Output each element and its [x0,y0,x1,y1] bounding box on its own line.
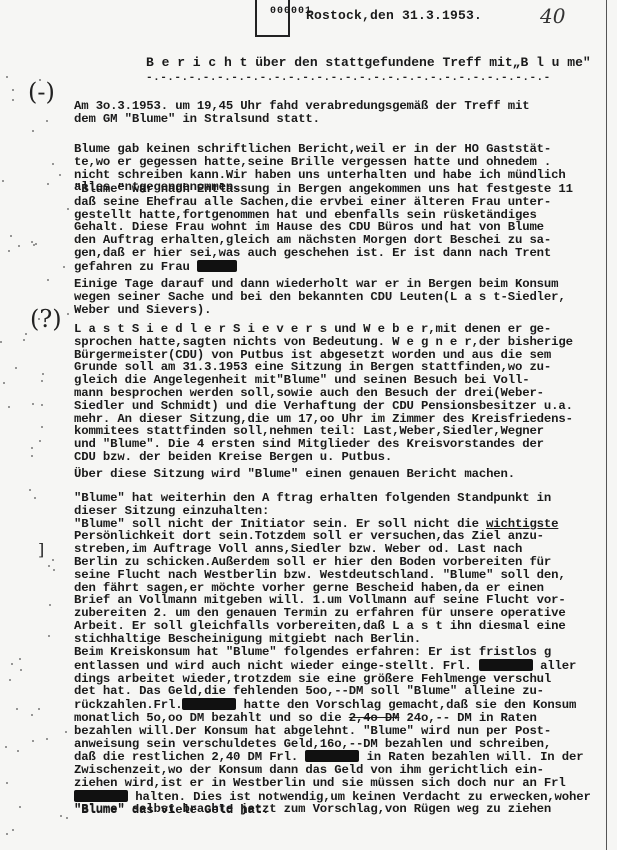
redaction-bar [182,698,236,710]
scan-speck [18,245,20,247]
scan-speck [52,559,54,561]
text-line: anweisung sein verschuldetes Geld,16o,--… [74,737,551,751]
paragraph-p7: "Blume" hat weiterhin den A ftrag erhalt… [74,492,604,646]
text-line: det hat. Das Geld,die fehlenden 5oo,--DM… [74,684,544,698]
scan-speck [32,740,34,742]
title-underline: -.-.-.-.-.-.-.-.-.-.-.-.-.-.-.-.-.-.-.-.… [146,72,551,84]
scan-speck [31,714,33,716]
scan-speck [8,406,10,408]
handwritten-page-number: 40 [540,4,565,28]
redaction-bar [74,790,128,802]
page-edge-line [606,0,607,850]
scan-speck [60,815,62,817]
scan-speck [42,373,44,375]
scan-speck [66,817,68,819]
place-date: Rostock,den 31.3.1953. [306,8,482,23]
scan-speck [12,829,14,831]
margin-mark-bracket: (-) [28,78,55,106]
text-line: ziehen wird,ist er in Westberlin und sie… [74,776,566,790]
scan-speck [3,382,5,384]
scan-speck [6,782,8,784]
scan-speck [41,380,43,382]
paragraph-p8: Beim Kreiskonsum hat "Blume" folgendes e… [74,646,604,816]
scan-speck [9,679,11,681]
scan-speck [0,341,2,343]
report-title: B e r i c h t über den stattgefundene Tr… [146,55,591,70]
scan-speck [2,180,4,182]
paragraph-p5: L a s t S i e d l e r S i e v e r s und … [74,323,604,464]
scan-speck [19,658,21,660]
scan-speck [5,746,7,748]
scan-speck [39,79,41,81]
paragraph-p1: Am 3o.3.1953. um 19,45 Uhr fahd verabred… [74,100,604,126]
scan-speck [10,235,12,237]
scan-speck [39,440,41,442]
scan-speck [31,447,33,449]
margin-mark-paren: (?) [30,305,62,333]
scan-speck [53,569,55,571]
paragraph-p4: Einige Tage darauf und dann wiederholt w… [74,278,604,316]
scan-speck [63,266,65,268]
scan-speck [52,163,54,165]
scan-speck [34,497,36,499]
scan-speck [32,403,34,405]
text-line: dem GM "Blume" in Stralsund statt. [74,112,320,126]
scan-speck [16,708,18,710]
scan-speck [46,738,48,740]
text-line: "Blume" selbst brachte jetzt zum Vorschl… [74,802,551,816]
scan-speck [8,250,10,252]
text-line: gefahren zu Frau [74,260,237,274]
scan-speck [19,806,21,808]
scan-speck [67,313,69,315]
scan-speck [48,565,50,567]
scan-speck [6,833,8,835]
scan-speck [23,339,25,341]
scan-speck [6,76,8,78]
redaction-bar [197,260,237,272]
scan-speck [35,243,37,245]
scan-speck [47,279,49,281]
paragraph-p6: Über diese Sitzung wird "Blume" einen ge… [74,468,604,481]
scan-speck [29,489,31,491]
scan-speck [25,333,27,335]
document-page: 000001 Rostock,den 31.3.1953. 40 B e r i… [0,0,617,850]
scan-speck [20,669,22,671]
scan-speck [65,731,67,733]
scan-speck [46,120,48,122]
scan-speck [41,426,43,428]
scan-speck [31,241,33,243]
text-line: Weber und Sievers). [74,303,211,317]
scan-speck [17,750,19,752]
text-line: Über diese Sitzung wird "Blume" einen ge… [74,467,515,481]
redaction-bar [479,659,533,671]
scan-speck [32,130,34,132]
margin-mark-brace: ] [38,540,44,559]
scan-speck [31,455,33,457]
scan-speck [41,404,43,406]
redaction-bar [305,750,359,762]
text-line: stichhaltige Bescheinigung mitgiebt nach… [74,632,421,646]
scan-speck [15,367,17,369]
paragraph-p9: "Blume" selbst brachte jetzt zum Vorschl… [74,803,604,816]
scan-speck [67,208,69,210]
scan-speck [12,99,14,101]
paragraph-p3: "Blume" war nach Entlassung in Bergen an… [74,183,604,274]
scan-speck [38,708,40,710]
scan-speck [12,89,14,91]
text-line: CDU bzw. der beiden Kreise Bergen u. Put… [74,450,392,464]
scan-speck [48,635,50,637]
scan-speck [11,663,13,665]
scan-speck [49,604,51,606]
scan-speck [33,244,35,246]
scan-speck [59,174,61,176]
text-line: Beim Kreiskonsum hat "Blume" folgendes e… [74,645,551,659]
scan-speck [47,183,49,185]
text-line: gen,daß er hier sei,was auch geschehen i… [74,246,551,260]
